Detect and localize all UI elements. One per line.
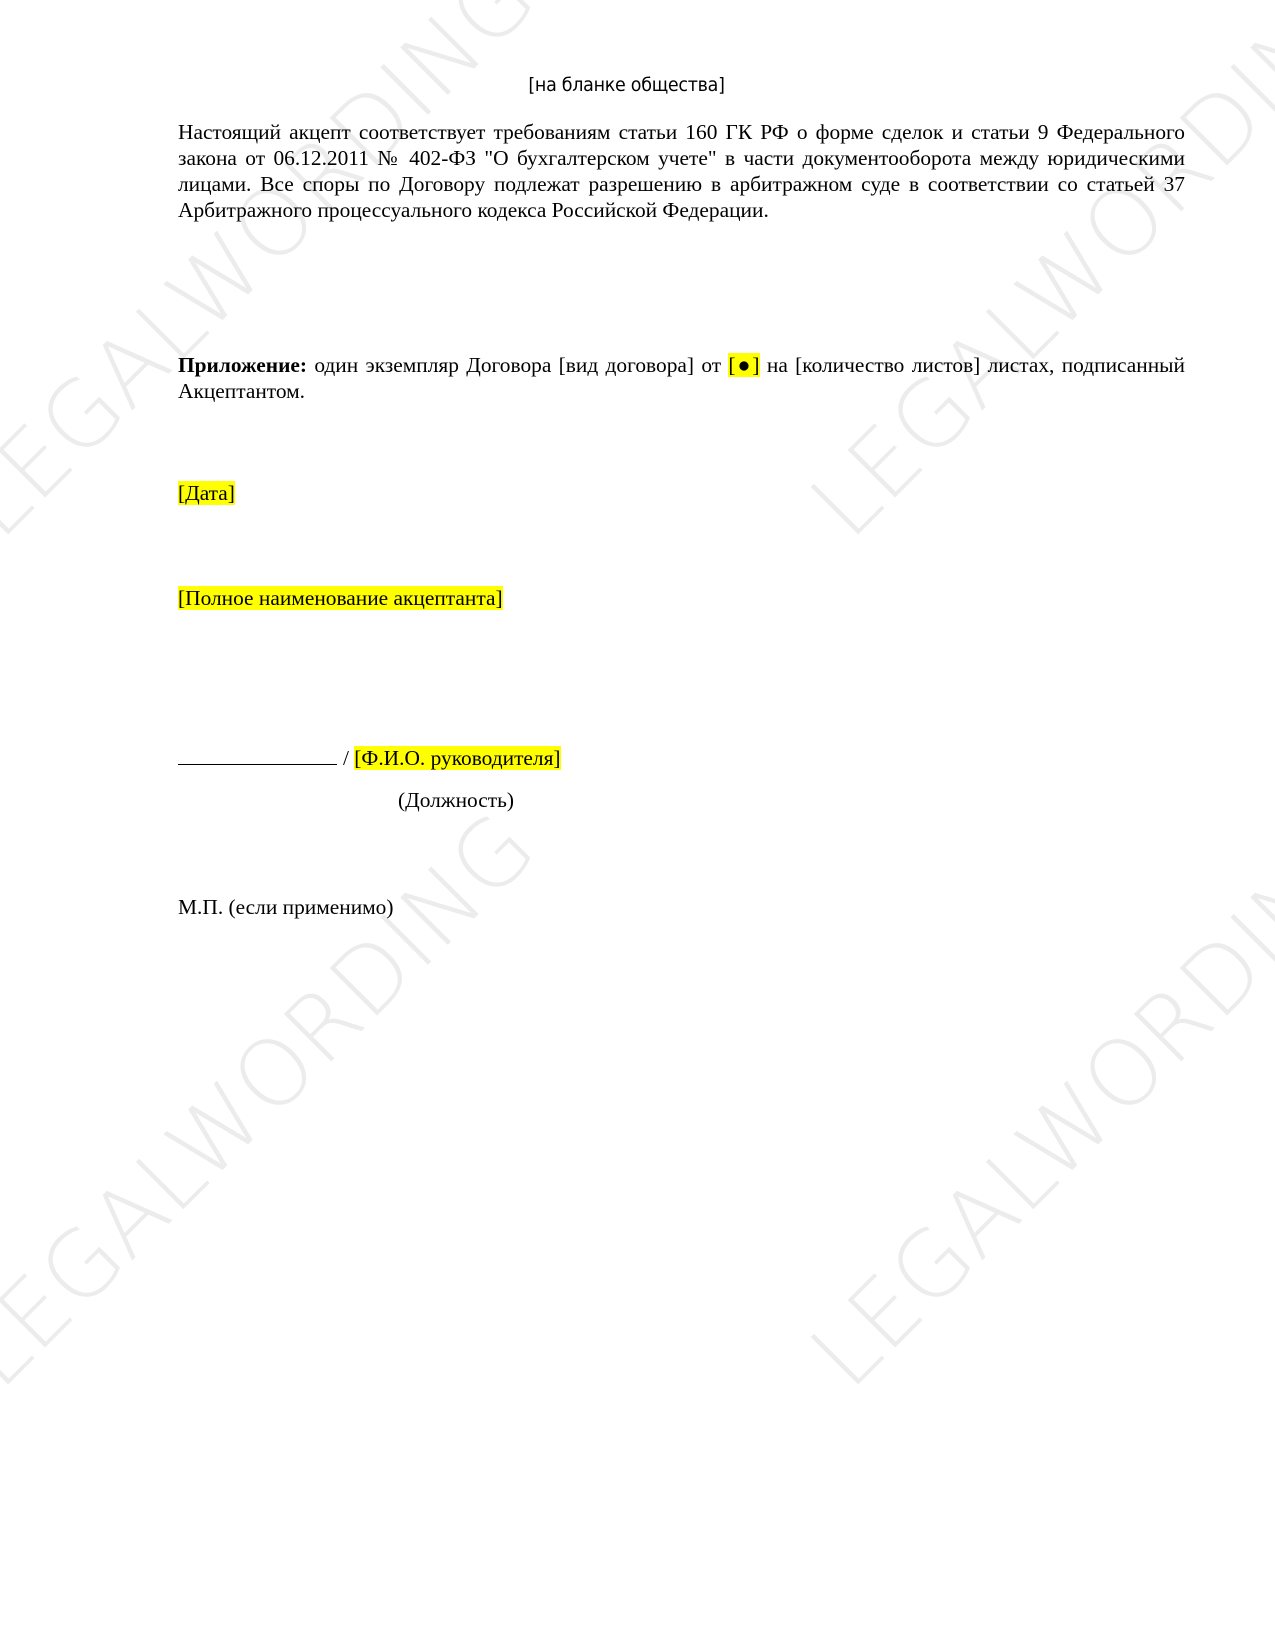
position-label: (Должность): [398, 787, 514, 813]
acceptor-name-line: [Полное наименование акцептанта]: [178, 585, 1185, 611]
document-page: [на бланке общества] Настоящий акцепт со…: [0, 0, 1275, 1651]
appendix-paragraph: Приложение: один экземпляр Договора [вид…: [178, 352, 1185, 404]
appendix-label: Приложение:: [178, 353, 307, 377]
appendix-text-before: один экземпляр Договора [вид договора] о…: [307, 353, 728, 377]
contract-date-placeholder: [●]: [728, 353, 759, 377]
signature-line: / [Ф.И.О. руководителя]: [178, 745, 1185, 771]
director-name-placeholder: [Ф.И.О. руководителя]: [354, 746, 560, 770]
letterhead-note: [на бланке общества]: [0, 74, 1253, 96]
intro-paragraph: Настоящий акцепт соответствует требовани…: [178, 119, 1185, 223]
date-placeholder: [Дата]: [178, 481, 235, 505]
signature-separator: /: [343, 746, 354, 770]
seal-note: М.П. (если применимо): [178, 894, 1185, 920]
signature-blank: [178, 745, 337, 765]
date-line: [Дата]: [178, 480, 1185, 506]
acceptor-name-placeholder: [Полное наименование акцептанта]: [178, 586, 503, 610]
